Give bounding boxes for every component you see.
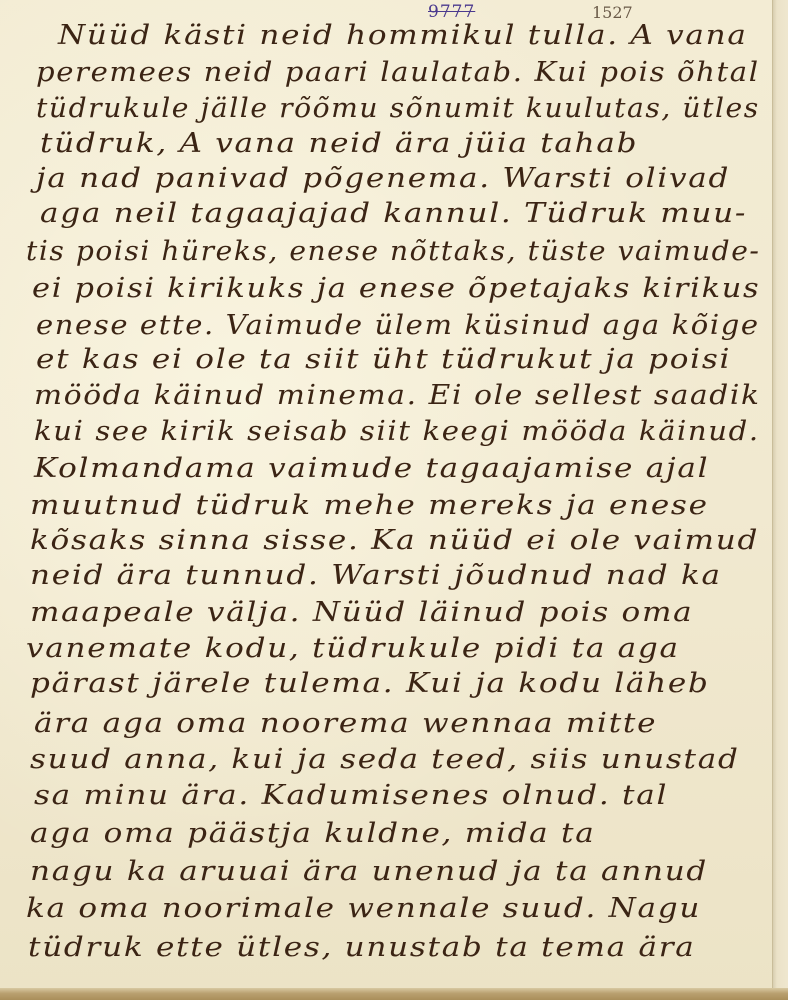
text-line: tüdruk ette ütles, unustab ta tema ära [28,932,696,963]
text-line: tüdrukule jälle rõõmu sõnumit kuulutas, … [36,93,760,124]
text-line: sa minu ära. Kadumisenes olnud. tal [34,780,668,811]
manuscript-page: 9777 1527 Nüüd kästi neid hommikul tulla… [0,0,788,1000]
text-line: enese ette. Vaimude ülem küsinud aga kõi… [36,310,760,341]
text-line: nagu ka aruuai ära unenud ja ta annud [30,856,708,887]
text-line: ja nad panivad põgenema. Warsti olivad [36,163,730,194]
text-line: vanemate kodu, tüdrukule pidi ta aga [26,633,680,664]
text-line: aga oma päästja kuldne, mida ta [30,818,595,849]
text-line: kui see kirik seisab siit keegi mööda kä… [34,416,760,447]
text-line: aga neil tagaajajad kannul. Tüdruk muu- [40,198,747,229]
text-line: tüdruk, A vana neid ära jüia tahab [40,128,638,159]
text-line: kõsaks sinna sisse. Ka nüüd ei ole vaimu… [30,525,759,556]
text-line: Nüüd kästi neid hommikul tulla. A vana [58,20,748,51]
text-line: mööda käinud minema. Ei ole sellest saad… [34,380,761,411]
page-right-edge [772,0,788,1000]
text-line: suud anna, kui ja seda teed, siis unusta… [30,744,740,775]
handwritten-text-block: Nüüd kästi neid hommikul tulla. A vana p… [0,0,770,1000]
text-line: et kas ei ole ta siit üht tüdrukut ja po… [36,344,731,375]
text-line: muutnud tüdruk mehe mereks ja enese [30,490,709,521]
text-line: ka oma noorimale wennale suud. Nagu [26,893,701,924]
text-line: pärast järele tulema. Kui ja kodu läheb [30,668,710,699]
text-line: maapeale välja. Nüüd läinud pois oma [30,597,693,628]
text-line: ei poisi kirikuks ja enese õpetajaks kir… [32,273,760,304]
text-line: peremees neid paari laulatab. Kui pois õ… [36,57,760,88]
text-line: tis poisi hüreks, enese nõttaks, tüste v… [26,236,760,267]
text-line: Kolmandama vaimude tagaajamise ajal [34,453,709,484]
text-line: neid ära tunnud. Warsti jõudnud nad ka [30,560,722,591]
text-line: ära aga oma noorema wennaa mitte [34,708,657,739]
